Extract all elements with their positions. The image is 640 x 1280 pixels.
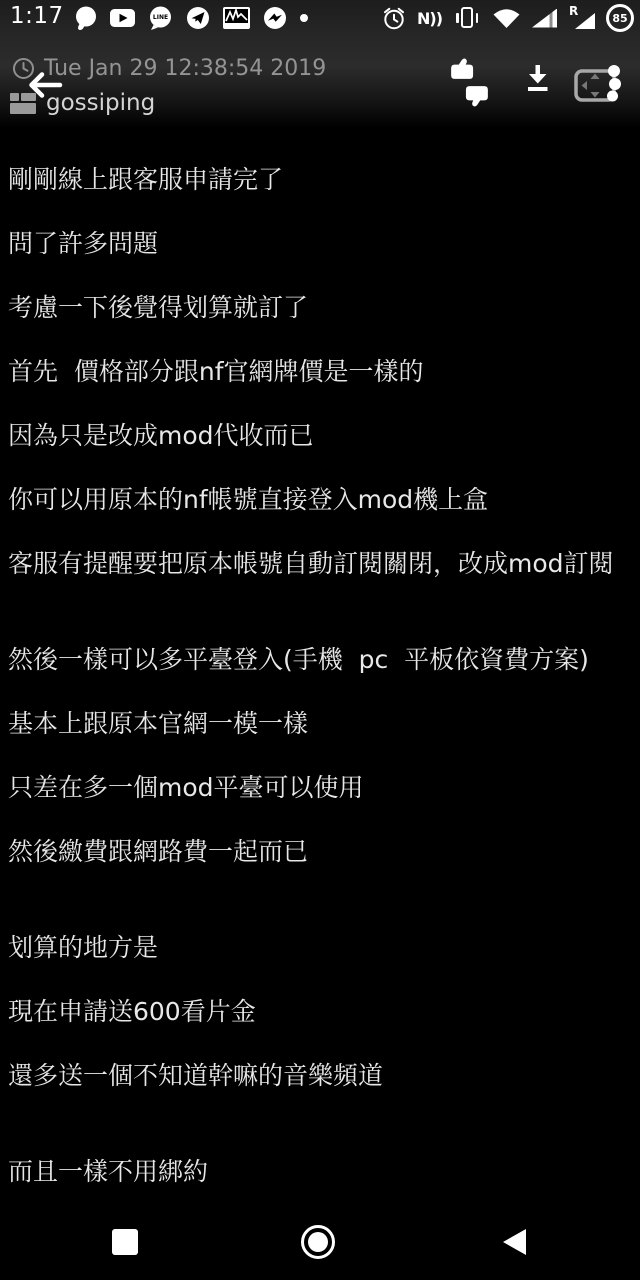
post-line xyxy=(8,964,632,996)
post-line: 基本上跟原本官網一模一樣 xyxy=(8,708,632,740)
board-name: gossiping xyxy=(46,90,155,116)
roaming-label: R xyxy=(569,4,578,18)
post-line: 然後繳費跟網路費一起而已 xyxy=(8,836,632,868)
post-line xyxy=(8,452,632,484)
stock-chart-icon xyxy=(223,7,250,29)
post-content: 剛剛線上跟客服申請完了問了許多問題考慮一下後覺得划算就訂了首先 價格部分跟nf官… xyxy=(0,128,640,1188)
vibrate-icon xyxy=(453,6,481,30)
wifi-icon xyxy=(492,7,521,29)
recents-button[interactable] xyxy=(112,1229,138,1255)
post-line xyxy=(8,900,632,932)
post-line xyxy=(8,1092,632,1124)
post-line: 客服有提醒要把原本帳號自動訂閱關閉，改成mod訂閱 xyxy=(8,548,632,580)
post-line xyxy=(8,580,632,612)
home-button[interactable] xyxy=(301,1225,335,1259)
post-line: 只差在多一個mod平臺可以使用 xyxy=(8,772,632,804)
reader-panel-icon[interactable] xyxy=(572,63,622,105)
post-line: 現在申請送600看片金 xyxy=(8,996,632,1028)
post-line xyxy=(8,324,632,356)
system-icons: N)) R 85 xyxy=(382,4,634,32)
board-name-row[interactable]: gossiping xyxy=(10,90,155,116)
alarm-icon xyxy=(382,6,406,31)
download-icon[interactable] xyxy=(520,63,556,95)
battery-icon: 85 xyxy=(606,4,634,32)
post-line xyxy=(8,868,632,900)
chat-bubble-icon xyxy=(74,6,97,31)
post-line: 而且一樣不用綁約 xyxy=(8,1156,632,1188)
post-line: 剛剛線上跟客服申請完了 xyxy=(8,164,632,196)
post-line xyxy=(8,1124,632,1156)
post-line: 問了許多問題 xyxy=(8,228,632,260)
cellular-roaming-icon: R xyxy=(568,6,595,30)
post-line xyxy=(8,516,632,548)
post-line xyxy=(8,260,632,292)
svg-text:LINE: LINE xyxy=(153,14,168,21)
post-line: 首先 價格部分跟nf官網牌價是一樣的 xyxy=(8,356,632,388)
post-line: 然後一樣可以多平臺登入(手機 pc 平板依資費方案) xyxy=(8,644,632,676)
post-line: 你可以用原本的nf帳號直接登入mod機上盒 xyxy=(8,484,632,516)
phone-screen: 1:17 LINE xyxy=(0,0,640,1280)
top-chrome: 1:17 LINE xyxy=(0,0,640,128)
cellular-signal-icon xyxy=(532,9,557,28)
post-line xyxy=(8,612,632,644)
status-time: 1:17 xyxy=(10,3,64,29)
post-line: 還多送一個不知道幹嘛的音樂頻道 xyxy=(8,1060,632,1092)
post-line xyxy=(8,1028,632,1060)
post-timestamp: Tue Jan 29 12:38:54 2019 xyxy=(44,56,326,81)
post-line xyxy=(8,740,632,772)
post-line xyxy=(8,388,632,420)
youtube-icon xyxy=(110,9,135,27)
line-icon: LINE xyxy=(148,6,173,31)
post-line xyxy=(8,196,632,228)
votes-icon[interactable] xyxy=(446,58,493,107)
more-notifications-icon xyxy=(300,14,308,22)
messenger-icon xyxy=(263,6,287,30)
post-line xyxy=(8,676,632,708)
nfc-icon: N)) xyxy=(417,9,442,28)
post-line xyxy=(8,804,632,836)
notification-icons: LINE xyxy=(74,5,308,31)
telegram-icon xyxy=(186,6,210,30)
board-icon xyxy=(10,93,36,114)
post-line: 划算的地方是 xyxy=(8,932,632,964)
post-line: 考慮一下後覺得划算就訂了 xyxy=(8,292,632,324)
post-line: 因為只是改成mod代收而已 xyxy=(8,420,632,452)
battery-percent: 85 xyxy=(612,12,627,25)
status-bar: 1:17 LINE xyxy=(0,0,640,36)
